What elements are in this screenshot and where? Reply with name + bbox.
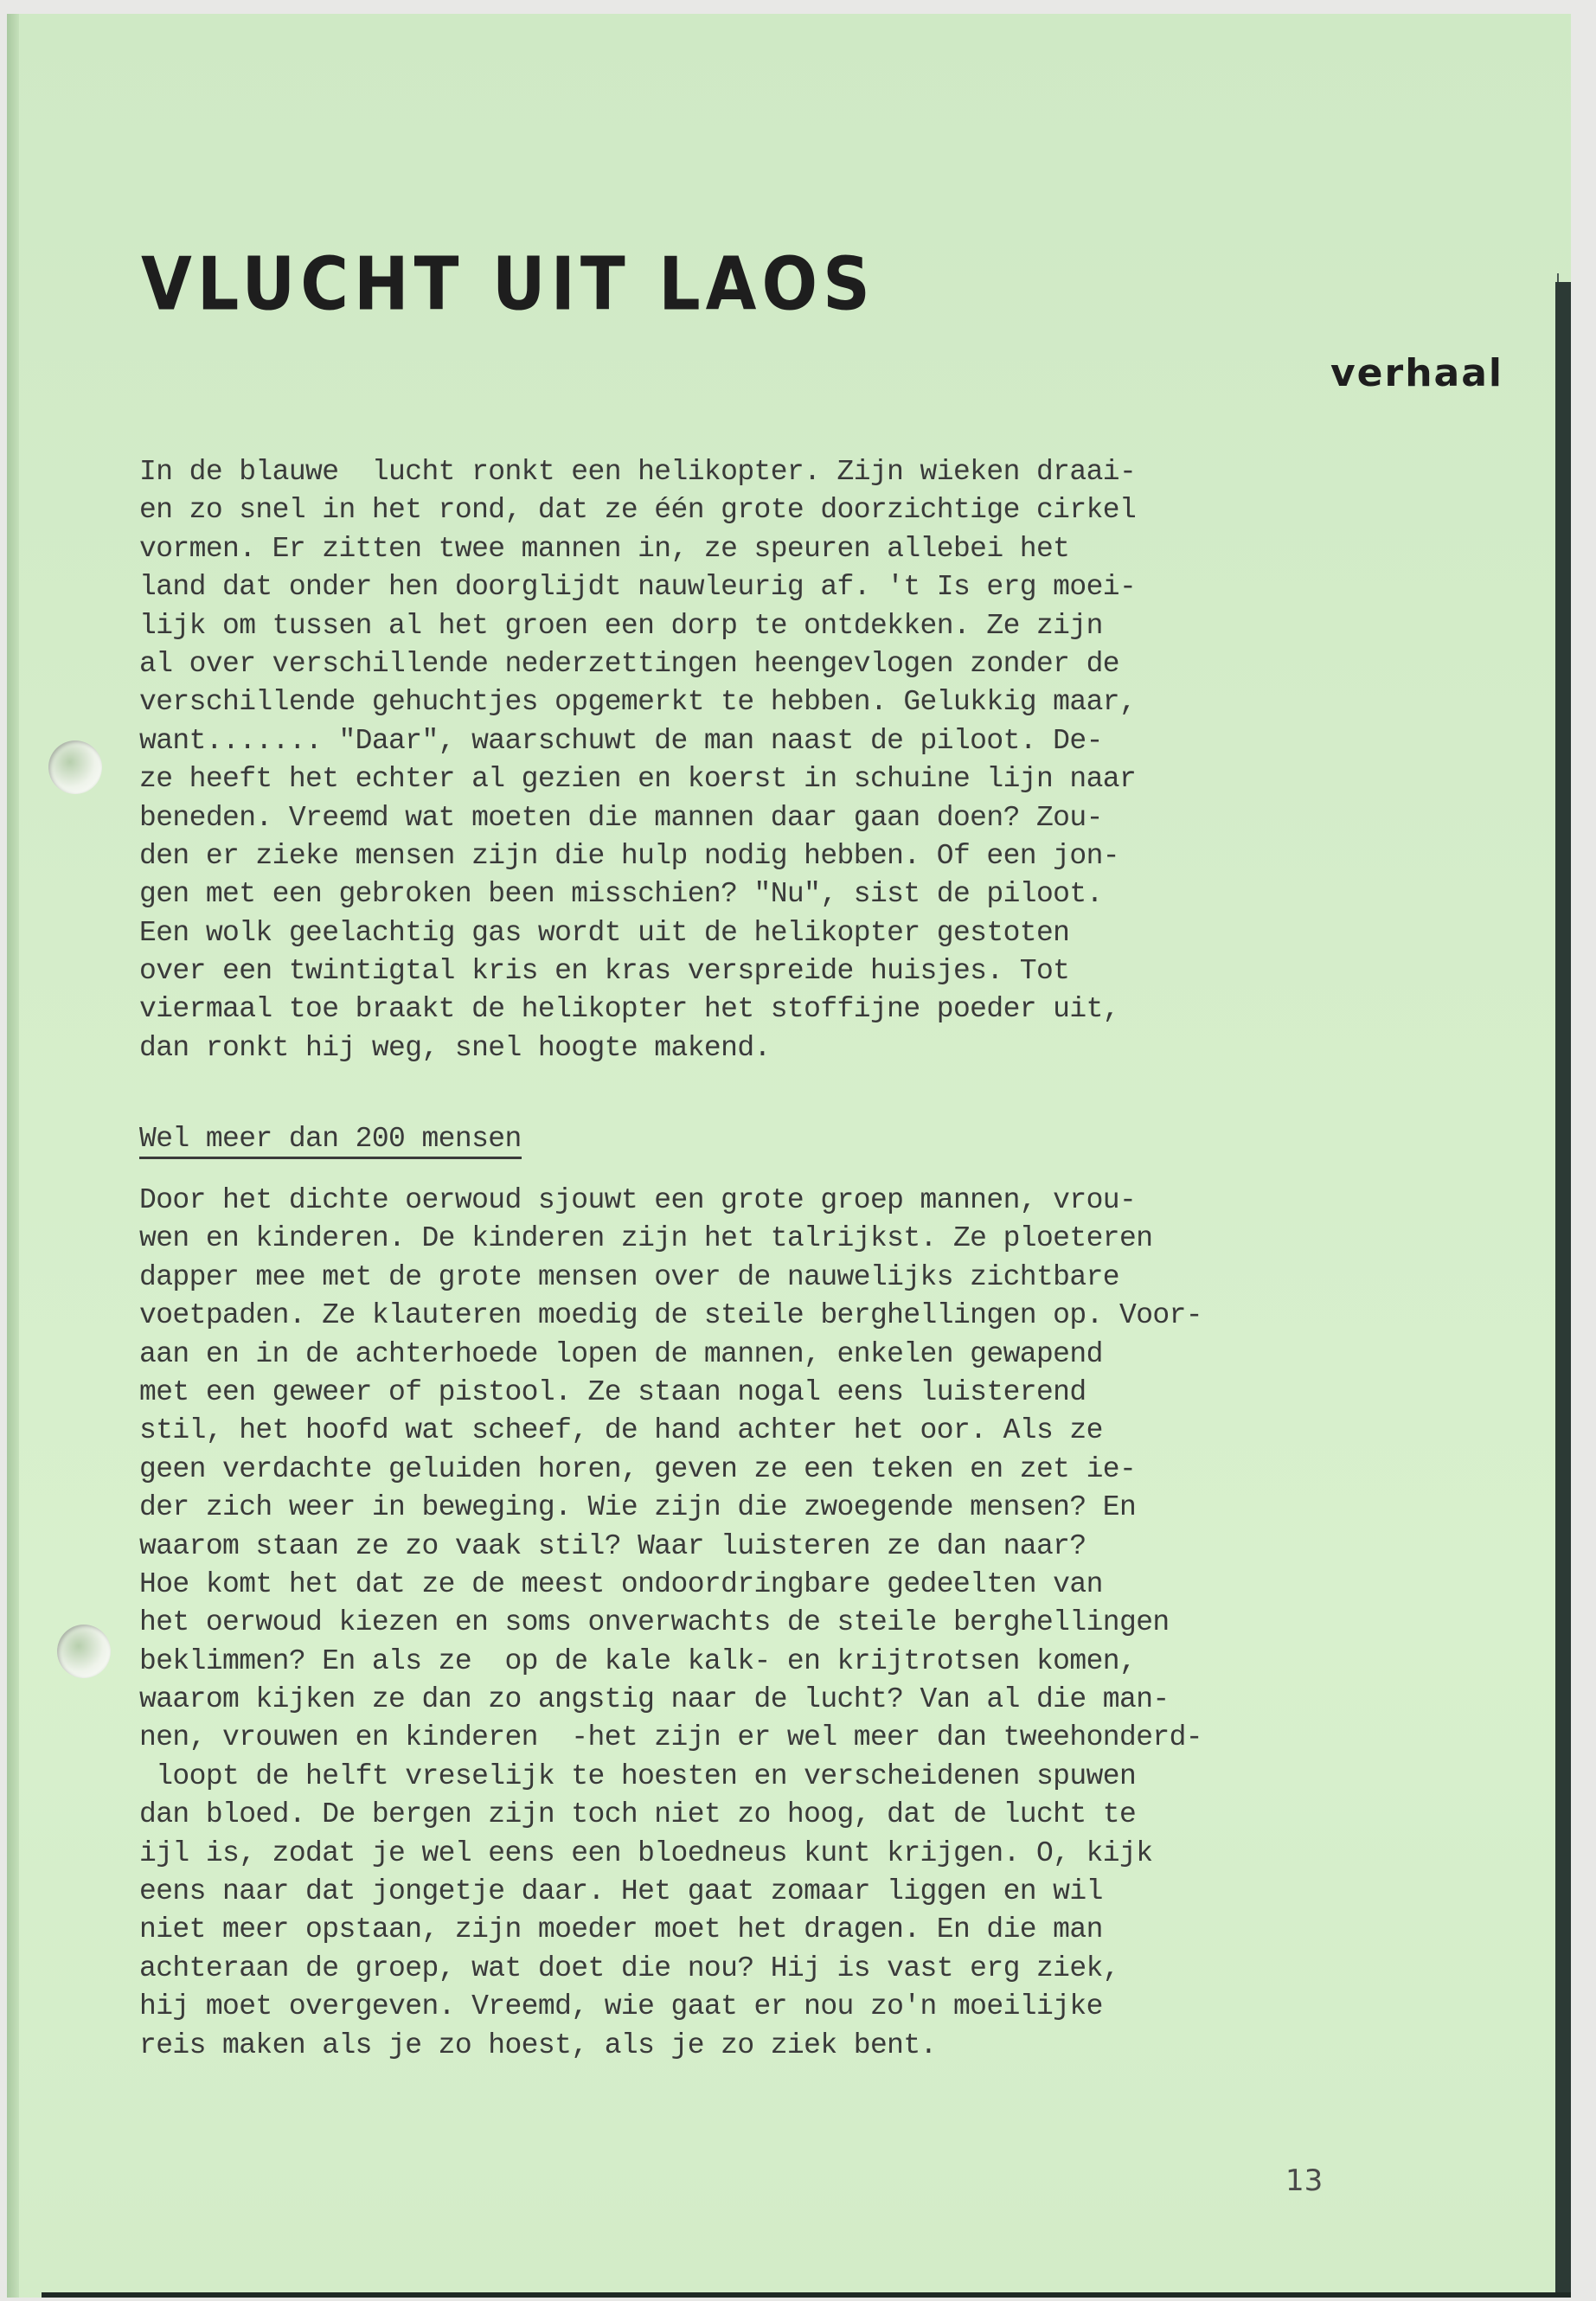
- page-number: 13: [1285, 2163, 1323, 2198]
- text-line: al over verschillende nederzettingen hee…: [139, 645, 1136, 683]
- article-category: verhaal: [1330, 351, 1503, 395]
- text-line: ze heeft het echter al gezien en koerst …: [139, 760, 1136, 798]
- binder-hole-icon: [48, 740, 102, 794]
- text-line: eens naar dat jongetje daar. Het gaat zo…: [139, 1873, 1202, 1911]
- text-line: beklimmen? En als ze op de kale kalk- en…: [139, 1643, 1202, 1681]
- text-line: der zich weer in beweging. Wie zijn die …: [139, 1489, 1202, 1527]
- text-line: geen verdachte geluiden horen, geven ze …: [139, 1451, 1202, 1489]
- text-line: aan en in de achterhoede lopen de mannen…: [139, 1336, 1202, 1374]
- text-line: nen, vrouwen en kinderen -het zijn er we…: [139, 1719, 1202, 1757]
- paragraph-intro: In de blauwe lucht ronkt een helikopter.…: [139, 453, 1136, 1067]
- text-line: wen en kinderen. De kinderen zijn het ta…: [139, 1220, 1202, 1258]
- text-line: want....... "Daar", waarschuwt de man na…: [139, 722, 1136, 760]
- text-line: niet meer opstaan, zijn moeder moet het …: [139, 1911, 1202, 1949]
- text-line: waarom staan ze zo vaak stil? Waar luist…: [139, 1528, 1202, 1566]
- text-line: Hoe komt het dat ze de meest ondoordring…: [139, 1566, 1202, 1604]
- text-line: den er zieke mensen zijn die hulp nodig …: [139, 837, 1136, 875]
- text-line: het oerwoud kiezen en soms onverwachts d…: [139, 1604, 1202, 1642]
- text-line: In de blauwe lucht ronkt een helikopter.…: [139, 453, 1136, 491]
- text-line: hij moet overgeven. Vreemd, wie gaat er …: [139, 1988, 1202, 2026]
- text-line: Een wolk geelachtig gas wordt uit de hel…: [139, 914, 1136, 952]
- text-line: dan bloed. De bergen zijn toch niet zo h…: [139, 1796, 1202, 1834]
- text-line: beneden. Vreemd wat moeten die mannen da…: [139, 799, 1136, 837]
- document-page: VLUCHT UIT LAOS verhaal In de blauwe luc…: [7, 14, 1571, 2298]
- binding-spine: [1555, 282, 1571, 2298]
- text-line: ijl is, zodat je wel eens een bloedneus …: [139, 1835, 1202, 1873]
- text-line: vormen. Er zitten twee mannen in, ze spe…: [139, 530, 1136, 568]
- article-title: VLUCHT UIT LAOS: [141, 240, 875, 327]
- section-heading: Wel meer dan 200 mensen: [139, 1123, 522, 1159]
- text-line: reis maken als je zo hoest, als je zo zi…: [139, 2027, 1202, 2065]
- page-bottom-edge: [42, 2292, 1571, 2298]
- text-line: dan ronkt hij weg, snel hoogte makend.: [139, 1029, 1136, 1067]
- text-line: met een geweer of pistool. Ze staan noga…: [139, 1374, 1202, 1412]
- text-line: lijk om tussen al het groen een dorp te …: [139, 607, 1136, 645]
- text-line: gen met een gebroken been misschien? "Nu…: [139, 875, 1136, 913]
- text-line: achteraan de groep, wat doet die nou? Hi…: [139, 1950, 1202, 1988]
- text-line: voetpaden. Ze klauteren moedig de steile…: [139, 1297, 1202, 1335]
- text-line: dapper mee met de grote mensen over de n…: [139, 1259, 1202, 1297]
- text-line: Door het dichte oerwoud sjouwt een grote…: [139, 1182, 1202, 1220]
- text-line: stil, het hoofd wat scheef, de hand acht…: [139, 1412, 1202, 1450]
- text-line: over een twintigtal kris en kras verspre…: [139, 952, 1136, 990]
- binder-hole-icon: [57, 1625, 111, 1678]
- paragraph-main: Door het dichte oerwoud sjouwt een grote…: [139, 1182, 1202, 2065]
- text-line: viermaal toe braakt de helikopter het st…: [139, 990, 1136, 1029]
- text-line: waarom kijken ze dan zo angstig naar de …: [139, 1681, 1202, 1719]
- text-line: en zo snel in het rond, dat ze één grote…: [139, 491, 1136, 529]
- text-line: land dat onder hen doorglijdt nauwleurig…: [139, 568, 1136, 606]
- text-line: loopt de helft vreselijk te hoesten en v…: [139, 1758, 1202, 1796]
- text-line: verschillende gehuchtjes opgemerkt te he…: [139, 683, 1136, 721]
